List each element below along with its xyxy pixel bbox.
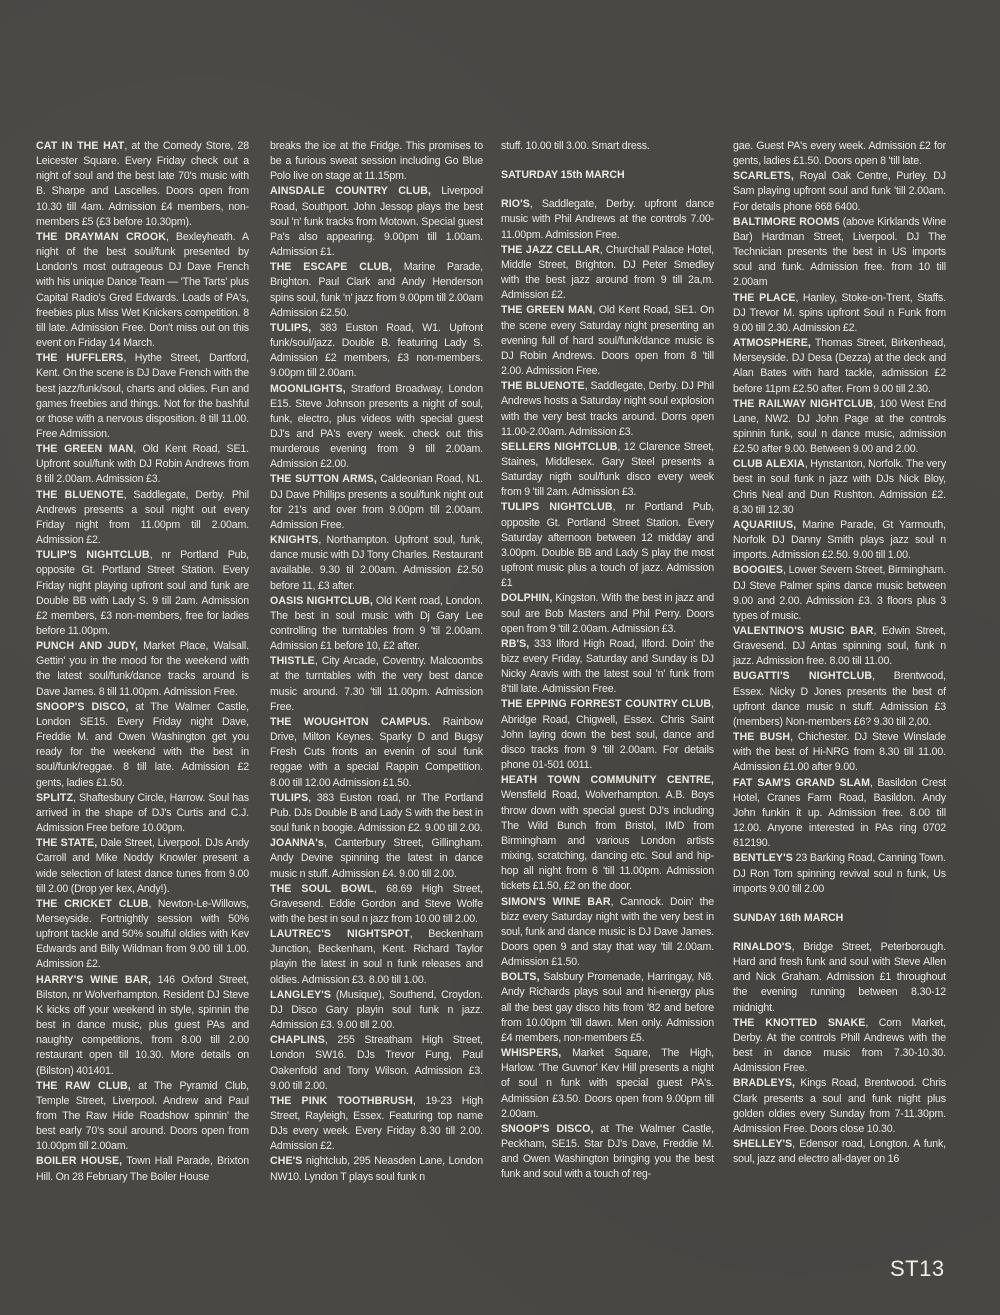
listing-entry: SNOOP'S DISCO, at The Walmer Castle, Pec… — [501, 1122, 714, 1183]
listing-entry: BOOGIES, Lower Severn Street, Birmingham… — [733, 563, 946, 624]
venue-name: WHISPERS, — [501, 1047, 561, 1059]
listing-entry: WHISPERS, Market Square, The High, Harlo… — [501, 1046, 714, 1122]
listings-column-1: CAT IN THE HAT, at the Comedy Store, 28 … — [36, 139, 249, 1185]
venue-name: THE STATE, — [36, 837, 97, 849]
listing-entry: THE BLUENOTE, Saddlegate, Derby. Phil An… — [36, 488, 249, 549]
listing-details: 333 Ilford High Road, Ilford. Doin' the … — [501, 638, 714, 695]
listing-entry: SELLERS NIGHTCLUB, 12 Clarence Street, S… — [501, 440, 714, 501]
venue-name: SELLERS NIGHTCLUB — [501, 441, 618, 453]
listing-entry: SIMON'S WINE BAR, Cannock. Doin' the biz… — [501, 895, 714, 971]
listings-column-4: gae. Guest PA's every week. Admission £2… — [733, 139, 946, 1167]
listing-entry: THE ESCAPE CLUB, Marine Parade, Brighton… — [270, 260, 483, 321]
venue-name: THISTLE — [270, 655, 315, 667]
listing-entry: THE PINK TOOTHBRUSH, 19-23 High Street, … — [270, 1094, 483, 1155]
venue-name: DOLPHIN, — [501, 592, 552, 604]
listing-entry: THE RAILWAY NIGHTCLUB, 100 West End Lane… — [733, 397, 946, 458]
listing-details: , Hythe Street, Dartford, Kent. On the s… — [36, 352, 249, 440]
venue-name: THE EPPING FORREST COUNTRY CLUB — [501, 698, 711, 710]
venue-name: THE BLUENOTE — [36, 489, 124, 501]
listing-entry: CAT IN THE HAT, at the Comedy Store, 28 … — [36, 139, 249, 230]
venue-name: HARRY'S WINE BAR, — [36, 974, 151, 986]
venue-name: THE DRAYMAN CROOK — [36, 231, 166, 243]
venue-name: RINALDO'S — [733, 941, 792, 953]
listing-details: nightclub, 295 Neasden Lane, London NW10… — [270, 1155, 483, 1182]
listing-entry: BUGATTI'S NIGHTCLUB, Brentwood, Essex. N… — [733, 669, 946, 730]
listing-details: 146 Oxford Street, Bilston, nr Wolverham… — [36, 974, 249, 1077]
listing-details: stuff. 10.00 till 3.00. Smart dress. — [501, 140, 650, 152]
venue-name: THE SOUL BOWL — [270, 883, 374, 895]
venue-name: ATMOSPHERE, — [733, 337, 811, 349]
listing-details: gae. Guest PA's every week. Admission £2… — [733, 140, 946, 167]
listing-entry: AQUARIIUS, Marine Parade, Gt Yarmouth, N… — [733, 518, 946, 563]
venue-name: THE WOUGHTON CAMPUS. — [270, 716, 431, 728]
listing-details: , at the Comedy Store, 28 Leicester Squa… — [36, 140, 249, 228]
listing-entry: THE SOUL BOWL, 68.69 High Street, Graves… — [270, 882, 483, 927]
listing-entry: HEATH TOWN COMMUNITY CENTRE, Wensfield R… — [501, 773, 714, 894]
venue-name: THE GREEN MAN — [36, 443, 133, 455]
listing-entry: THE WOUGHTON CAMPUS. Rainbow Drive, Milt… — [270, 715, 483, 791]
listing-entry: TULIP'S NIGHTCLUB, nr Portland Pub, oppo… — [36, 548, 249, 639]
listing-entry: ATMOSPHERE, Thomas Street, Birkenhead, M… — [733, 336, 946, 397]
venue-name: THE CRICKET CLUB — [36, 898, 149, 910]
listing-entry: SHELLEY'S, Edensor road, Longton. A funk… — [733, 1137, 946, 1167]
listing-entry: THE PLACE, Hanley, Stoke-on-Trent, Staff… — [733, 291, 946, 336]
venue-name: THE ESCAPE CLUB, — [270, 261, 392, 273]
listing-entry: BENTLEY'S 23 Barking Road, Canning Town.… — [733, 851, 946, 896]
venue-name: CLUB ALEXIA — [733, 458, 805, 470]
listing-entry: THE GREEN MAN, Old Kent Road, SE1. Upfro… — [36, 442, 249, 487]
venue-name: TULIP'S NIGHTCLUB — [36, 549, 150, 561]
listing-entry: LAUTREC'S NIGHTSPOT, Beckenham Junction,… — [270, 927, 483, 988]
listing-entry: TULIPS NIGHTCLUB, nr Portland Pub, oppos… — [501, 500, 714, 591]
listing-entry: THE GREEN MAN, Old Kent Road, SE1. On th… — [501, 303, 714, 379]
listing-entry: BOILER HOUSE, Town Hall Parade, Brixton … — [36, 1154, 249, 1184]
venue-name: OASIS NIGHTCLUB, — [270, 595, 373, 607]
venue-name: CHE'S — [270, 1155, 302, 1167]
venue-name: VALENTINO'S MUSIC BAR — [733, 625, 874, 637]
listing-details: , Bexleyheath. A night of the best soul/… — [36, 231, 249, 349]
venue-name: RIO'S — [501, 198, 530, 210]
listing-entry: THE HUFFLERS, Hythe Street, Dartford, Ke… — [36, 351, 249, 442]
listing-entry: gae. Guest PA's every week. Admission £2… — [733, 139, 946, 169]
venue-name: SNOOP'S DISCO, — [501, 1123, 594, 1135]
venue-name: THE HUFFLERS — [36, 352, 123, 364]
listing-entry: DOLPHIN, Kingston. With the best in jazz… — [501, 591, 714, 636]
listing-details: , nr Portland Pub, opposite Gt. Portland… — [501, 501, 714, 589]
listing-entry: FAT SAM'S GRAND SLAM, Basildon Crest Hot… — [733, 776, 946, 852]
venue-name: BOOGIES — [733, 564, 783, 576]
venue-name: TULIPS NIGHTCLUB — [501, 501, 613, 513]
venue-name: SIMON'S WINE BAR — [501, 896, 611, 908]
venue-name: THE PLACE — [733, 292, 796, 304]
listing-entry: THE CRICKET CLUB, Newton-Le-Willows, Mer… — [36, 897, 249, 973]
venue-name: SNOOP'S DISCO, — [36, 701, 129, 713]
venue-name: AQUARIIUS, — [733, 519, 796, 531]
venue-name: LAUTREC'S NIGHTSPOT — [270, 928, 410, 940]
venue-name: THE BLUENOTE — [501, 380, 585, 392]
listing-entry: VALENTINO'S MUSIC BAR, Edwin Street, Gra… — [733, 624, 946, 669]
venue-name: FAT SAM'S GRAND SLAM — [733, 777, 870, 789]
listing-entry: THE DRAYMAN CROOK, Bexleyheath. A night … — [36, 230, 249, 351]
venue-name: BOILER HOUSE, — [36, 1155, 122, 1167]
listing-details: , Saddlegate, Derby. upfront dance music… — [501, 198, 714, 240]
venue-name: CAT IN THE HAT — [36, 140, 124, 152]
listing-entry: TULIPS, 383 Euston road, nr The Portland… — [270, 791, 483, 836]
venue-name: THE JAZZ CELLAR — [501, 244, 600, 256]
listing-entry: LANGLEY'S (Musique), Southend, Croydon. … — [270, 988, 483, 1033]
venue-name: THE SUTTON ARMS, — [270, 473, 377, 485]
venue-name: THE KNOTTED SNAKE — [733, 1017, 865, 1029]
venue-name: THE PINK TOOTHBRUSH — [270, 1095, 413, 1107]
listing-entry: breaks the ice at the Fridge. This promi… — [270, 139, 483, 184]
venue-name: BENTLEY'S — [733, 852, 793, 864]
day-heading: SUNDAY 16th MARCH — [733, 911, 946, 926]
listing-entry: SNOOP'S DISCO, at The Walmer Castle, Lon… — [36, 700, 249, 791]
listing-entry: stuff. 10.00 till 3.00. Smart dress. — [501, 139, 714, 154]
venue-name: SCARLETS, — [733, 170, 794, 182]
listing-entry: RIO'S, Saddlegate, Derby. upfront dance … — [501, 197, 714, 242]
listing-entry: THE EPPING FORREST COUNTRY CLUB, Abridge… — [501, 697, 714, 773]
listing-entry: THE JAZZ CELLAR, Churchall Palace Hotel,… — [501, 243, 714, 304]
venue-name: AINSDALE COUNTRY CLUB, — [270, 185, 431, 197]
listing-entry: OASIS NIGHTCLUB, Old Kent road, London. … — [270, 594, 483, 655]
listing-entry: CHAPLINS, 255 Streatham High Street, Lon… — [270, 1033, 483, 1094]
venue-name: HEATH TOWN COMMUNITY CENTRE, — [501, 774, 714, 786]
listing-details: Wensfield Road, Wolverhampton. A.B. Boys… — [501, 789, 714, 892]
venue-name: THE RAW CLUB, — [36, 1080, 131, 1092]
venue-name: BALTIMORE ROOMS — [733, 216, 840, 228]
listings-column-3: stuff. 10.00 till 3.00. Smart dress.SATU… — [501, 139, 714, 1182]
venue-name: TULIPS, — [270, 322, 311, 334]
listing-entry: CLUB ALEXIA, Hynstanton, Norfolk. The ve… — [733, 457, 946, 518]
listing-entry: THE SUTTON ARMS, Caldeonian Road, N1. DJ… — [270, 472, 483, 533]
venue-name: PUNCH AND JUDY, — [36, 640, 138, 652]
venue-name: SPLITZ — [36, 792, 73, 804]
venue-name: KNIGHTS — [270, 534, 318, 546]
listing-entry: KNIGHTS, Northampton. Upfront soul, funk… — [270, 533, 483, 594]
venue-name: BOLTS, — [501, 971, 540, 983]
listings-page: CAT IN THE HAT, at the Comedy Store, 28 … — [36, 139, 948, 1249]
listing-entry: BRADLEYS, Kings Road, Brentwood. Chris C… — [733, 1076, 946, 1137]
page-number: ST13 — [890, 1256, 945, 1282]
venue-name: RB'S, — [501, 638, 529, 650]
venue-name: THE RAILWAY NIGHTCLUB — [733, 398, 873, 410]
listing-details: at The Walmer Castle, London SE15. Every… — [36, 701, 249, 789]
listing-entry: JOANNA's, Canterbury Street, Gillingham.… — [270, 836, 483, 881]
listings-column-2: breaks the ice at the Fridge. This promi… — [270, 139, 483, 1185]
venue-name: MOONLIGHTS, — [270, 383, 346, 395]
venue-name: THE GREEN MAN — [501, 304, 592, 316]
venue-name: TULIPS — [270, 792, 308, 804]
listing-entry: BOLTS, Salsbury Promenade, Harringay, N8… — [501, 970, 714, 1046]
venue-name: CHAPLINS — [270, 1034, 325, 1046]
listing-entry: CHE'S nightclub, 295 Neasden Lane, Londo… — [270, 1154, 483, 1184]
venue-name: BRADLEYS, — [733, 1077, 795, 1089]
listing-entry: SPLITZ, Shaftesbury Circle, Harrow. Soul… — [36, 791, 249, 836]
listing-entry: BALTIMORE ROOMS (above Kirklands Wine Ba… — [733, 215, 946, 291]
listing-details: Stratford Broadway, London E15. Steve Jo… — [270, 383, 483, 471]
listing-entry: RB'S, 333 Ilford High Road, Ilford. Doin… — [501, 637, 714, 698]
venue-name: LANGLEY'S — [270, 989, 331, 1001]
day-heading: SATURDAY 15th MARCH — [501, 168, 714, 183]
listing-entry: RINALDO'S, Bridge Street, Peterborough. … — [733, 940, 946, 1016]
listing-entry: SCARLETS, Royal Oak Centre, Purley. DJ S… — [733, 169, 946, 214]
listing-entry: THE BLUENOTE, Saddlegate, Derby. DJ Phil… — [501, 379, 714, 440]
listing-entry: THISTLE, City Arcade, Coventry. Malcoomb… — [270, 654, 483, 715]
listing-entry: THE KNOTTED SNAKE, Corn Market, Derby. A… — [733, 1016, 946, 1077]
listing-details: breaks the ice at the Fridge. This promi… — [270, 140, 483, 182]
listing-entry: THE RAW CLUB, at The Pyramid Club, Templ… — [36, 1079, 249, 1155]
venue-name: THE BUSH — [733, 731, 790, 743]
listing-entry: HARRY'S WINE BAR, 146 Oxford Street, Bil… — [36, 973, 249, 1079]
venue-name: SHELLEY'S — [733, 1138, 792, 1150]
listing-entry: THE STATE, Dale Street, Liverpool. DJs A… — [36, 836, 249, 897]
venue-name: BUGATTI'S NIGHTCLUB — [733, 670, 872, 682]
listing-entry: TULIPS, 383 Euston Road, W1. Upfront fun… — [270, 321, 483, 382]
listing-entry: THE BUSH, Chichester. DJ Steve Winslade … — [733, 730, 946, 775]
listing-entry: PUNCH AND JUDY, Market Place, Walsall. G… — [36, 639, 249, 700]
listing-entry: MOONLIGHTS, Stratford Broadway, London E… — [270, 382, 483, 473]
listing-details: , nr Portland Pub, opposite Gt. Portland… — [36, 549, 249, 637]
venue-name: JOANNA's — [270, 837, 324, 849]
listing-entry: AINSDALE COUNTRY CLUB, Liverpool Road, S… — [270, 184, 483, 260]
